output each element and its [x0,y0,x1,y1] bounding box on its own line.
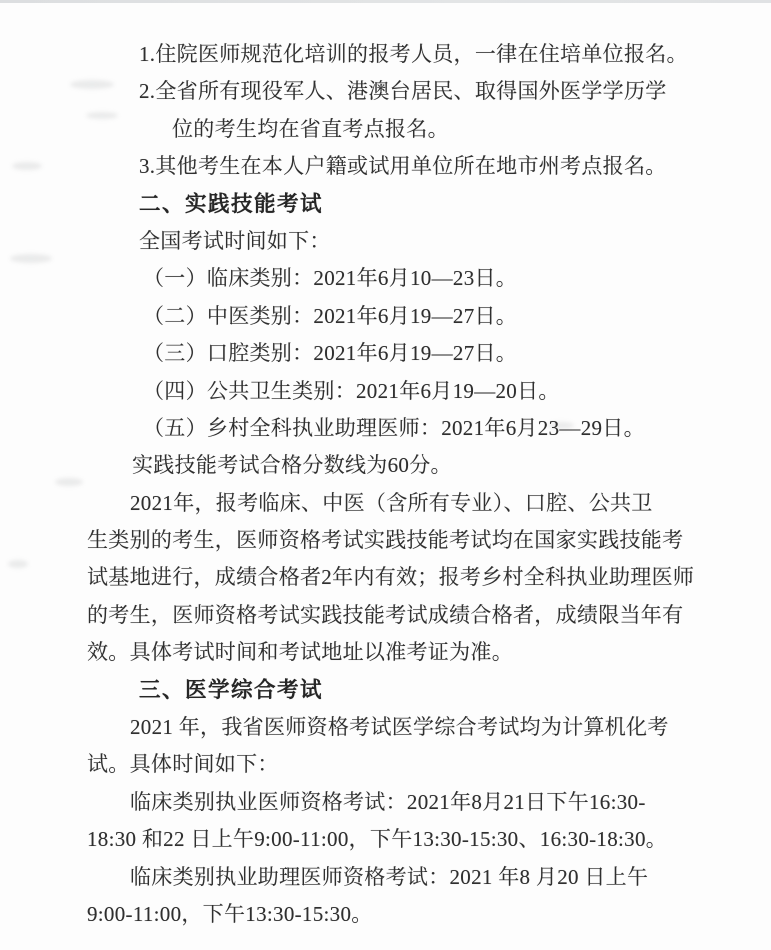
schedule-rural-assistant: （五）乡村全科执业助理医师：2021年6月23—29日。 [87,410,707,447]
scan-smudge [8,560,28,568]
clinical-practitioner-time-line-1: 临床类别执业医师资格考试：2021年8月21日下午16:30- [87,784,707,821]
schedule-intro: 全国考试时间如下： [87,223,707,260]
scan-smudge [55,478,83,486]
skill-exam-paragraph-line-5: 效。具体考试时间和考试地址以准考证为准。 [87,634,707,671]
section-3-heading: 三、医学综合考试 [87,672,707,709]
comprehensive-intro-line-1: 2021 年，我省医师资格考试医学综合考试均为计算机化考 [87,709,707,746]
section-2-heading: 二、实践技能考试 [87,186,707,223]
scan-edge-artifact [0,0,771,3]
clinical-assistant-time-line-2: 9:00-11:00，下午13:30-15:30。 [87,896,707,933]
clinical-assistant-time-line-1: 临床类别执业助理医师资格考试：2021 年8 月20 日上午 [87,859,707,896]
document-body: 1.住院医师规范化培训的报考人员，一律在住培单位报名。 2.全省所有现役军人、港… [87,36,707,933]
scan-smudge [10,254,52,263]
schedule-public-health: （四）公共卫生类别：2021年6月19—20日。 [87,373,707,410]
reg-rule-item-2-line-1: 2.全省所有现役军人、港澳台居民、取得国外医学学历学 [87,73,707,110]
scanned-document-page: 1.住院医师规范化培训的报考人员，一律在住培单位报名。 2.全省所有现役军人、港… [0,0,771,950]
schedule-dental: （三）口腔类别：2021年6月19—27日。 [87,335,707,372]
skill-exam-paragraph-line-3: 试基地进行，成绩合格者2年内有效；报考乡村全科执业助理医师 [87,559,707,596]
skill-exam-paragraph-line-4: 的考生，医师资格考试实践技能考试成绩合格者，成绩限当年有 [87,597,707,634]
reg-rule-item-3: 3.其他考生在本人户籍或试用单位所在地市州考点报名。 [87,148,707,185]
schedule-clinical: （一）临床类别：2021年6月10—23日。 [87,260,707,297]
skill-exam-paragraph-line-2: 生类别的考生，医师资格考试实践技能考试均在国家实践技能考 [87,522,707,559]
reg-rule-item-1: 1.住院医师规范化培训的报考人员，一律在住培单位报名。 [87,36,707,73]
pass-score-line: 实践技能考试合格分数线为60分。 [87,447,707,484]
skill-exam-paragraph-line-1: 2021年，报考临床、中医（含所有专业）、口腔、公共卫 [87,485,707,522]
schedule-tcm: （二）中医类别：2021年6月19—27日。 [87,298,707,335]
clinical-practitioner-time-line-2: 18:30 和22 日上午9:00-11:00，下午13:30-15:30、16… [87,821,707,858]
scan-smudge [12,162,42,170]
comprehensive-intro-line-2: 试。具体时间如下： [87,746,707,783]
reg-rule-item-2-line-2: 位的考生均在省直考点报名。 [87,111,707,148]
